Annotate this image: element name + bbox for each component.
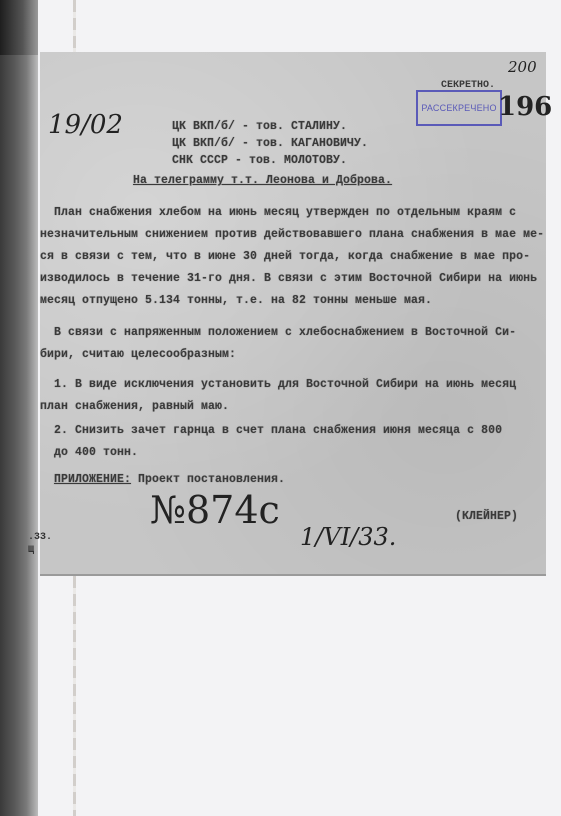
margin-note: .33. <box>28 532 52 543</box>
margin-note: Щ <box>28 545 34 556</box>
signature: (КЛЕЙНЕР) <box>455 510 518 523</box>
handwritten-number: №874с <box>150 488 280 532</box>
addressee-molotov: СНК СССР - тов. МОЛОТОВУ. <box>172 154 347 167</box>
para2-line: В связи с напряженным положением с хлебо… <box>54 326 516 339</box>
item-2-line: 2. Снизить зачет гарнца в счет плана сна… <box>54 424 502 437</box>
item-2-line: до 400 тонн. <box>54 446 138 459</box>
addressee-kaganovich: ЦК ВКП/б/ - тов. КАГАНОВИЧУ. <box>172 137 368 150</box>
body-line: изводилось в течение 31-го дня. В связи … <box>40 272 537 285</box>
handwritten-date: 1/VI/33. <box>300 523 396 551</box>
addressee-stalin: ЦК ВКП/б/ - тов. СТАЛИНУ. <box>172 120 347 133</box>
binding-edge <box>0 0 38 816</box>
binding-corner <box>0 0 38 55</box>
item-1-line: 1. В виде исключения установить для Вост… <box>54 378 516 391</box>
declassified-stamp-text: РАССЕКРЕЧЕНО <box>421 103 496 113</box>
attachment-line: ПРИЛОЖЕНИЕ: Проект постановления. <box>54 473 285 486</box>
archive-mark: 19/02 <box>48 110 123 140</box>
para2-line: бири, считаю целесообразным: <box>40 348 236 361</box>
subject-line: На телеграмму т.т. Леонова и Доброва. <box>133 174 392 187</box>
body-line: ся в связи с тем, что в июне 30 дней тог… <box>40 250 530 263</box>
body-line: месяц отпущено 5.134 тонны, т.е. на 82 т… <box>40 294 432 307</box>
body-line: План снабжения хлебом на июнь месяц утве… <box>54 206 516 219</box>
declassified-stamp: РАССЕКРЕЧЕНО <box>416 90 502 126</box>
page-number: 200 <box>508 58 537 76</box>
item-1-line: план снабжения, равный маю. <box>40 400 229 413</box>
body-line: незначительным снижением против действов… <box>40 228 544 241</box>
attachment-text: Проект постановления. <box>138 473 285 486</box>
sheet-number: 196 <box>498 92 552 122</box>
attachment-label: ПРИЛОЖЕНИЕ: <box>54 473 131 486</box>
